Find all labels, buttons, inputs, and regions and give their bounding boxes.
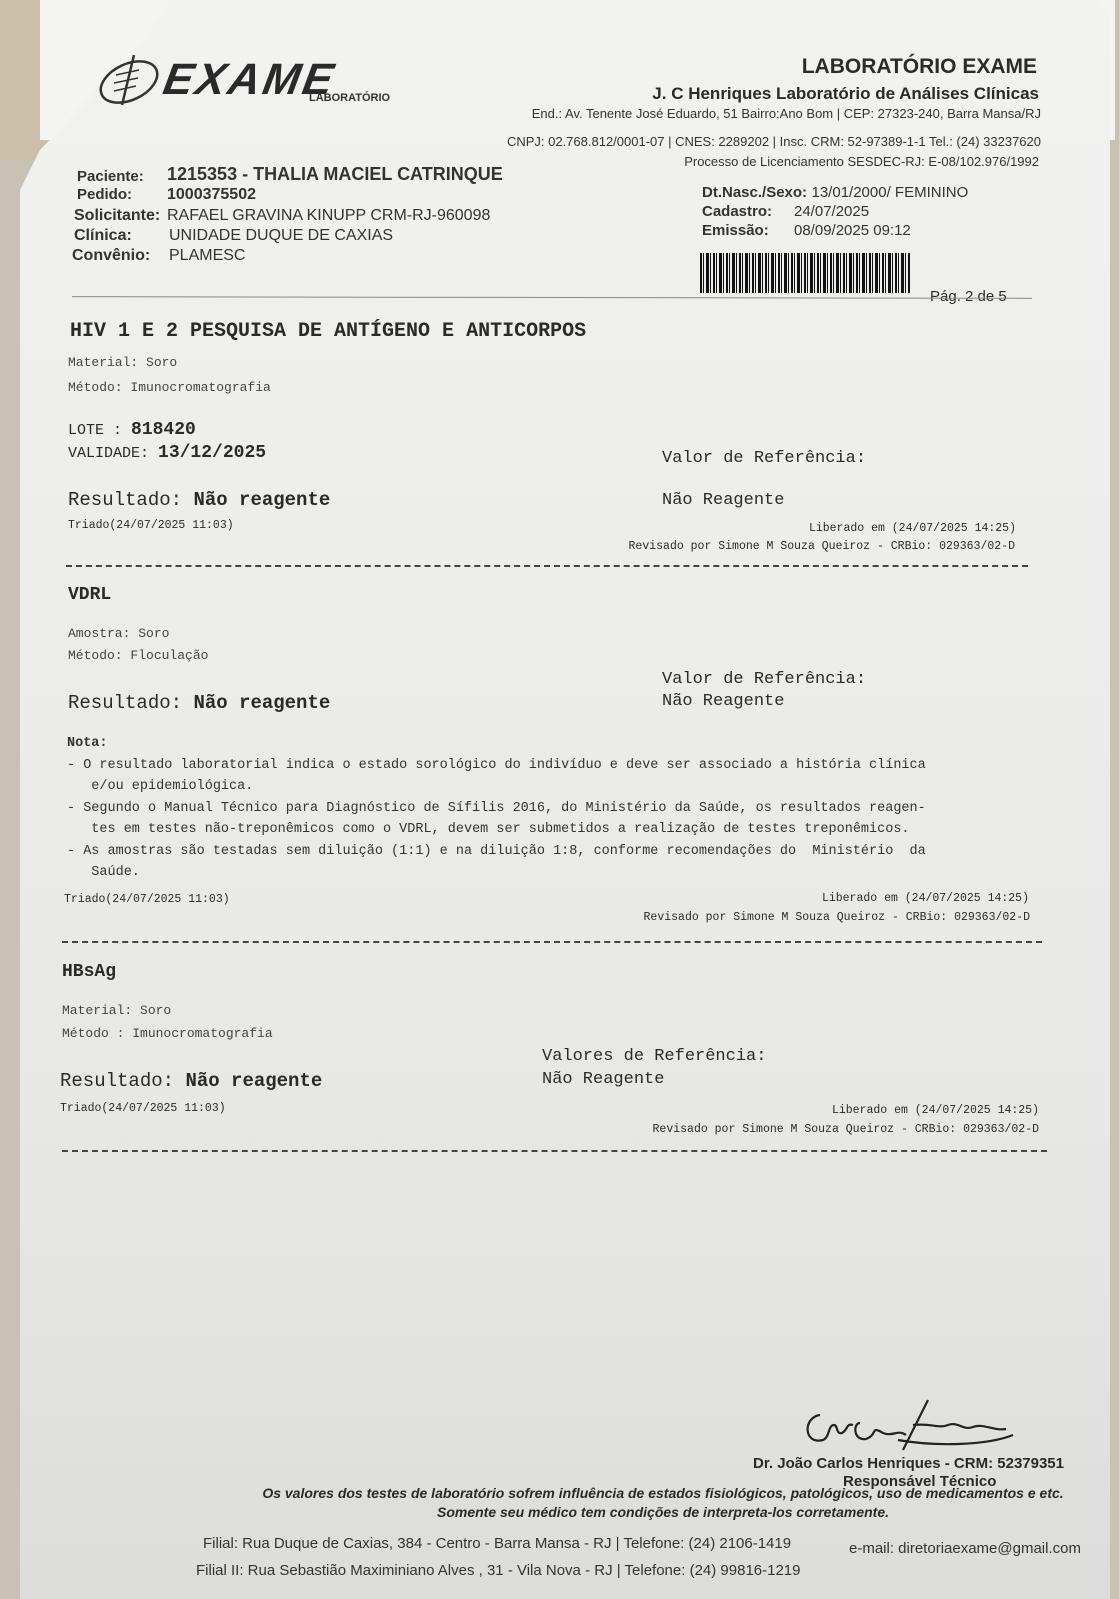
vdrl-ref-label: Valor de Referência: (662, 670, 866, 689)
disclaimer-line1: Os valores dos testes de laboratório sof… (228, 1485, 1098, 1501)
note-lines: - O resultado laboratorial indica o esta… (67, 755, 1027, 884)
clinica-value: UNIDADE DUQUE DE CAXIAS (169, 227, 393, 245)
paciente-value: 1215353 - THALIA MACIEL CATRINQUE (167, 164, 503, 185)
cadastro-label: Cadastro: (702, 203, 772, 220)
hiv-ref-value: Não Reagente (662, 491, 784, 510)
doctor-name: Dr. João Carlos Henriques - CRM: 5237935… (753, 1455, 1064, 1472)
result-label: Resultado: (68, 692, 182, 714)
hiv-revisado: Revisado por Simone M Souza Queiroz - CR… (629, 540, 1015, 553)
vdrl-method: Método: Floculação (68, 648, 208, 663)
barcode (700, 253, 910, 293)
paciente-label: Paciente: (77, 168, 144, 185)
emissao-value: 08/09/2025 09:12 (794, 222, 911, 239)
test-title-vdrl: VDRL (68, 585, 111, 605)
note-title: Nota: (67, 733, 1027, 755)
hbsag-result: Resultado: Não reagente (60, 1070, 322, 1092)
hiv-ref-label: Valor de Referência: (662, 449, 866, 468)
lab-title: LABORATÓRIO EXAME (802, 55, 1037, 79)
result-label: Resultado: (68, 489, 182, 511)
patient-info: Paciente: 1215353 - THALIA MACIEL CATRIN… (77, 168, 527, 267)
hiv-lote: LOTE : 818420 (68, 420, 196, 440)
patient-dates: Dt.Nasc./Sexo: 13/01/2000/ FEMININO Cada… (702, 184, 1032, 241)
note-line: - As amostras são testadas sem diluição … (67, 841, 1027, 863)
footer-email: e-mail: diretoriaexame@gmail.com (849, 1540, 1081, 1557)
note-line: tes em testes não-treponêmicos como o VD… (67, 819, 1027, 841)
solicitante-value: RAFAEL GRAVINA KINUPP CRM-RJ-960098 (167, 207, 490, 225)
hiv-triado: Triado(24/07/2025 11:03) (68, 519, 234, 532)
note-line: e/ou epidemiológica. (67, 776, 1027, 798)
validade-label: VALIDADE: (68, 445, 149, 462)
logo-subtitle: LABORATÓRIO (309, 92, 390, 104)
disclaimer-line2: Somente seu médico tem condições de inte… (228, 1504, 1098, 1520)
hbsag-triado: Triado(24/07/2025 11:03) (60, 1102, 226, 1115)
lab-subtitle: J. C Henriques Laboratório de Análises C… (652, 84, 1039, 104)
validade-value: 13/12/2025 (158, 443, 266, 463)
filial-1: Filial: Rua Duque de Caxias, 384 - Centr… (203, 1535, 791, 1552)
nasc-label: Dt.Nasc./Sexo: (702, 184, 807, 201)
hbsag-ref-value: Não Reagente (542, 1070, 664, 1089)
section-divider (62, 1150, 1047, 1152)
lote-value: 818420 (131, 420, 196, 440)
hiv-material: Material: Soro (68, 355, 177, 370)
logo-emblem-icon (94, 50, 164, 110)
clinica-label: Clínica: (74, 227, 132, 244)
cadastro-value: 24/07/2025 (794, 203, 869, 220)
result-label: Resultado: (60, 1070, 174, 1092)
vdrl-result: Resultado: Não reagente (68, 692, 330, 714)
hiv-result: Resultado: Não reagente (68, 489, 330, 511)
hiv-liberado: Liberado em (24/07/2025 14:25) (809, 522, 1016, 535)
test-title-hbsag: HBsAg (62, 962, 116, 982)
vdrl-ref-value: Não Reagente (662, 692, 784, 711)
lab-logo: EXAME LABORATÓRIO (94, 50, 335, 110)
lab-address: End.: Av. Tenente José Eduardo, 51 Bairr… (532, 106, 1041, 121)
hiv-validade: VALIDADE: 13/12/2025 (68, 443, 266, 463)
vdrl-revisado: Revisado por Simone M Souza Queiroz - CR… (644, 911, 1030, 924)
emissao-label: Emissão: (702, 222, 769, 239)
hbsag-liberado: Liberado em (24/07/2025 14:25) (832, 1104, 1039, 1117)
lab-registry: CNPJ: 02.768.812/0001-07 | CNES: 2289202… (507, 134, 1041, 149)
vdrl-triado: Triado(24/07/2025 11:03) (64, 893, 230, 906)
hbsag-ref-label: Valores de Referência: (542, 1047, 766, 1066)
section-divider (62, 941, 1042, 943)
result-value: Não reagente (193, 489, 330, 511)
nasc-value: 13/01/2000/ FEMININO (812, 184, 969, 201)
test-title-hiv: HIV 1 E 2 PESQUISA DE ANTÍGENO E ANTICOR… (70, 320, 586, 343)
pedido-value: 1000375502 (167, 186, 256, 204)
note-line: Saúde. (67, 862, 1027, 884)
lab-license: Processo de Licenciamento SESDEC-RJ: E-0… (684, 154, 1039, 169)
result-value: Não reagente (185, 1070, 322, 1092)
page-number: Pág. 2 de 5 (930, 288, 1007, 305)
vdrl-liberado: Liberado em (24/07/2025 14:25) (822, 892, 1029, 905)
convenio-label: Convênio: (72, 247, 150, 264)
convenio-value: PLAMESC (169, 247, 245, 265)
pedido-label: Pedido: (77, 186, 132, 203)
vdrl-note: Nota: - O resultado laboratorial indica … (67, 733, 1027, 884)
section-divider (66, 565, 1028, 567)
vdrl-amostra: Amostra: Soro (68, 626, 169, 641)
hbsag-method: Método : Imunocromatografia (62, 1026, 273, 1041)
hbsag-revisado: Revisado por Simone M Souza Queiroz - CR… (653, 1123, 1039, 1136)
note-line: - O resultado laboratorial indica o esta… (67, 755, 1027, 777)
signature-icon (798, 1395, 1028, 1455)
result-value: Não reagente (193, 692, 330, 714)
solicitante-label: Solicitante: (74, 207, 160, 224)
filial-2: Filial II: Rua Sebastião Maximiniano Alv… (196, 1562, 801, 1579)
note-line: - Segundo o Manual Técnico para Diagnóst… (67, 798, 1027, 820)
hiv-method: Método: Imunocromatografia (68, 380, 271, 395)
hbsag-material: Material: Soro (62, 1003, 171, 1018)
lote-label: LOTE : (68, 422, 122, 439)
